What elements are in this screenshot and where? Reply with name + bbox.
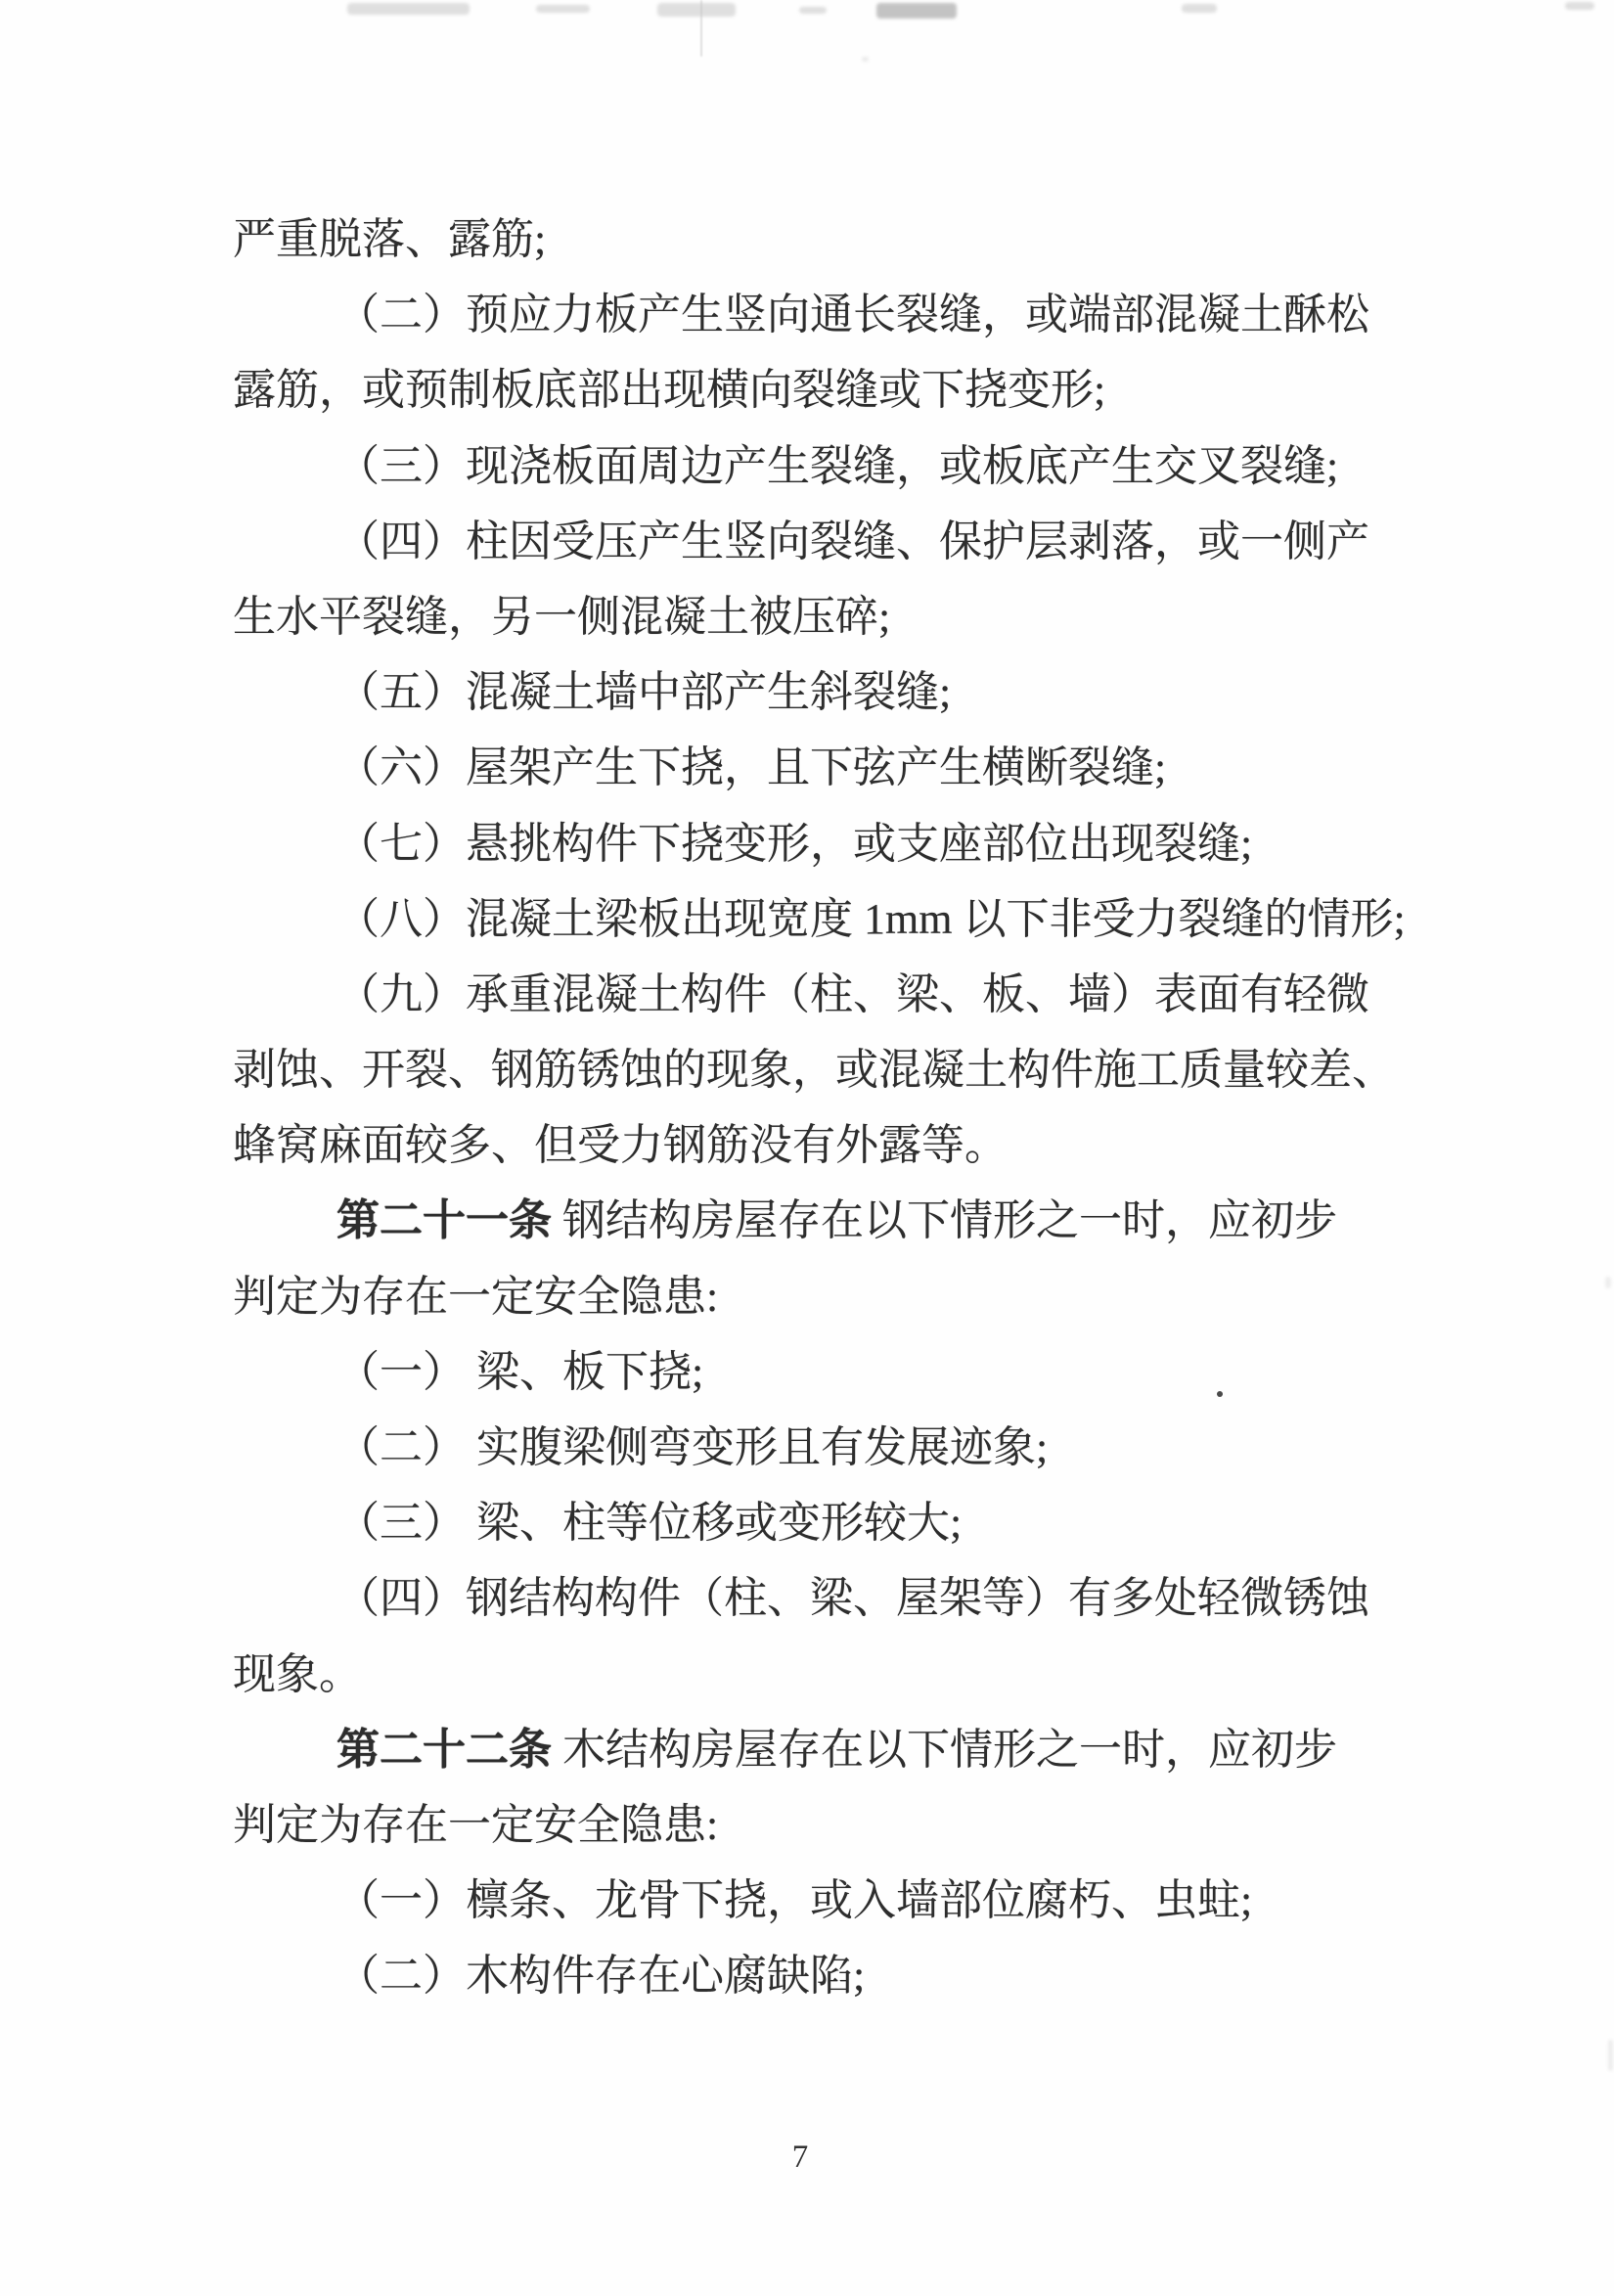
text-line-1: 严重脱落、露筋; bbox=[233, 202, 1383, 277]
text-line-10: （八）混凝土梁板出现宽度 1mm 以下非受力裂缝的情形; bbox=[233, 881, 1383, 957]
article-heading: 第二十一条 bbox=[336, 1196, 552, 1244]
scan-artifact bbox=[1182, 4, 1217, 13]
text-line-9: （七）悬挑构件下挠变形，或支座部位出现裂缝; bbox=[233, 806, 1383, 881]
text-line-4: （三）现浇板面周边产生裂缝，或板底产生交叉裂缝; bbox=[233, 428, 1383, 504]
text-line-22: 判定为存在一定安全隐患: bbox=[233, 1787, 1383, 1863]
body-text: 严重脱落、露筋;（二）预应力板产生竖向通长裂缝，或端部混凝土酥松露筋，或预制板底… bbox=[233, 202, 1383, 2014]
text-line-6: 生水平裂缝，另一侧混凝土被压碎; bbox=[233, 579, 1383, 654]
text-line-18: （三） 梁、柱等位移或变形较大; bbox=[233, 1485, 1383, 1560]
text-line-5: （四）柱因受压产生竖向裂缝、保护层剥落，或一侧产 bbox=[233, 504, 1383, 579]
text-line-20: 现象。 bbox=[233, 1637, 1383, 1712]
text-line-21: 第二十二条 木结构房屋存在以下情形之一时，应初步 bbox=[233, 1712, 1383, 1787]
text-line-11: （九）承重混凝土构件（柱、梁、板、墙）表面有轻微 bbox=[233, 957, 1383, 1032]
text-line-3: 露筋，或预制板底部出现横向裂缝或下挠变形; bbox=[233, 352, 1383, 428]
scan-artifact bbox=[700, 0, 702, 57]
scan-artifact bbox=[862, 57, 869, 62]
scan-artifact bbox=[536, 5, 590, 13]
scan-artifact bbox=[799, 7, 827, 14]
scan-artifact bbox=[1608, 2040, 1613, 2071]
text-line-15: 判定为存在一定安全隐患: bbox=[233, 1259, 1383, 1334]
text-line-17: （二） 实腹梁侧弯变形且有发展迹象; bbox=[233, 1410, 1383, 1485]
text-line-19: （四）钢结构构件（柱、梁、屋架等）有多处轻微锈蚀 bbox=[233, 1560, 1383, 1636]
article-heading: 第二十二条 bbox=[336, 1726, 552, 1774]
scan-artifact bbox=[1605, 1277, 1611, 1288]
text-line-14: 第二十一条 钢结构房屋存在以下情形之一时，应初步 bbox=[233, 1183, 1383, 1258]
text-line-7: （五）混凝土墙中部产生斜裂缝; bbox=[233, 654, 1383, 730]
text-line-16: （一） 梁、板下挠; bbox=[233, 1334, 1383, 1410]
document-page: 严重脱落、露筋;（二）预应力板产生竖向通长裂缝，或端部混凝土酥松露筋，或预制板底… bbox=[0, 0, 1614, 2296]
text-line-23: （一）檩条、龙骨下挠，或入墙部位腐朽、虫蛀; bbox=[233, 1863, 1383, 1938]
text-line-2: （二）预应力板产生竖向通长裂缝，或端部混凝土酥松 bbox=[233, 277, 1383, 352]
page-number: 7 bbox=[0, 2138, 1600, 2177]
text-line-8: （六）屋架产生下挠，且下弦产生横断裂缝; bbox=[233, 730, 1383, 805]
scan-artifact bbox=[876, 3, 957, 19]
scan-artifact bbox=[657, 3, 736, 17]
scan-artifact bbox=[1565, 2, 1594, 10]
text-line-12: 剥蚀、开裂、钢筋锈蚀的现象，或混凝土构件施工质量较差、 bbox=[233, 1032, 1383, 1107]
text-line-13: 蜂窝麻面较多、但受力钢筋没有外露等。 bbox=[233, 1107, 1383, 1183]
text-line-24: （二）木构件存在心腐缺陷; bbox=[233, 1938, 1383, 2013]
scan-artifact bbox=[347, 3, 470, 15]
